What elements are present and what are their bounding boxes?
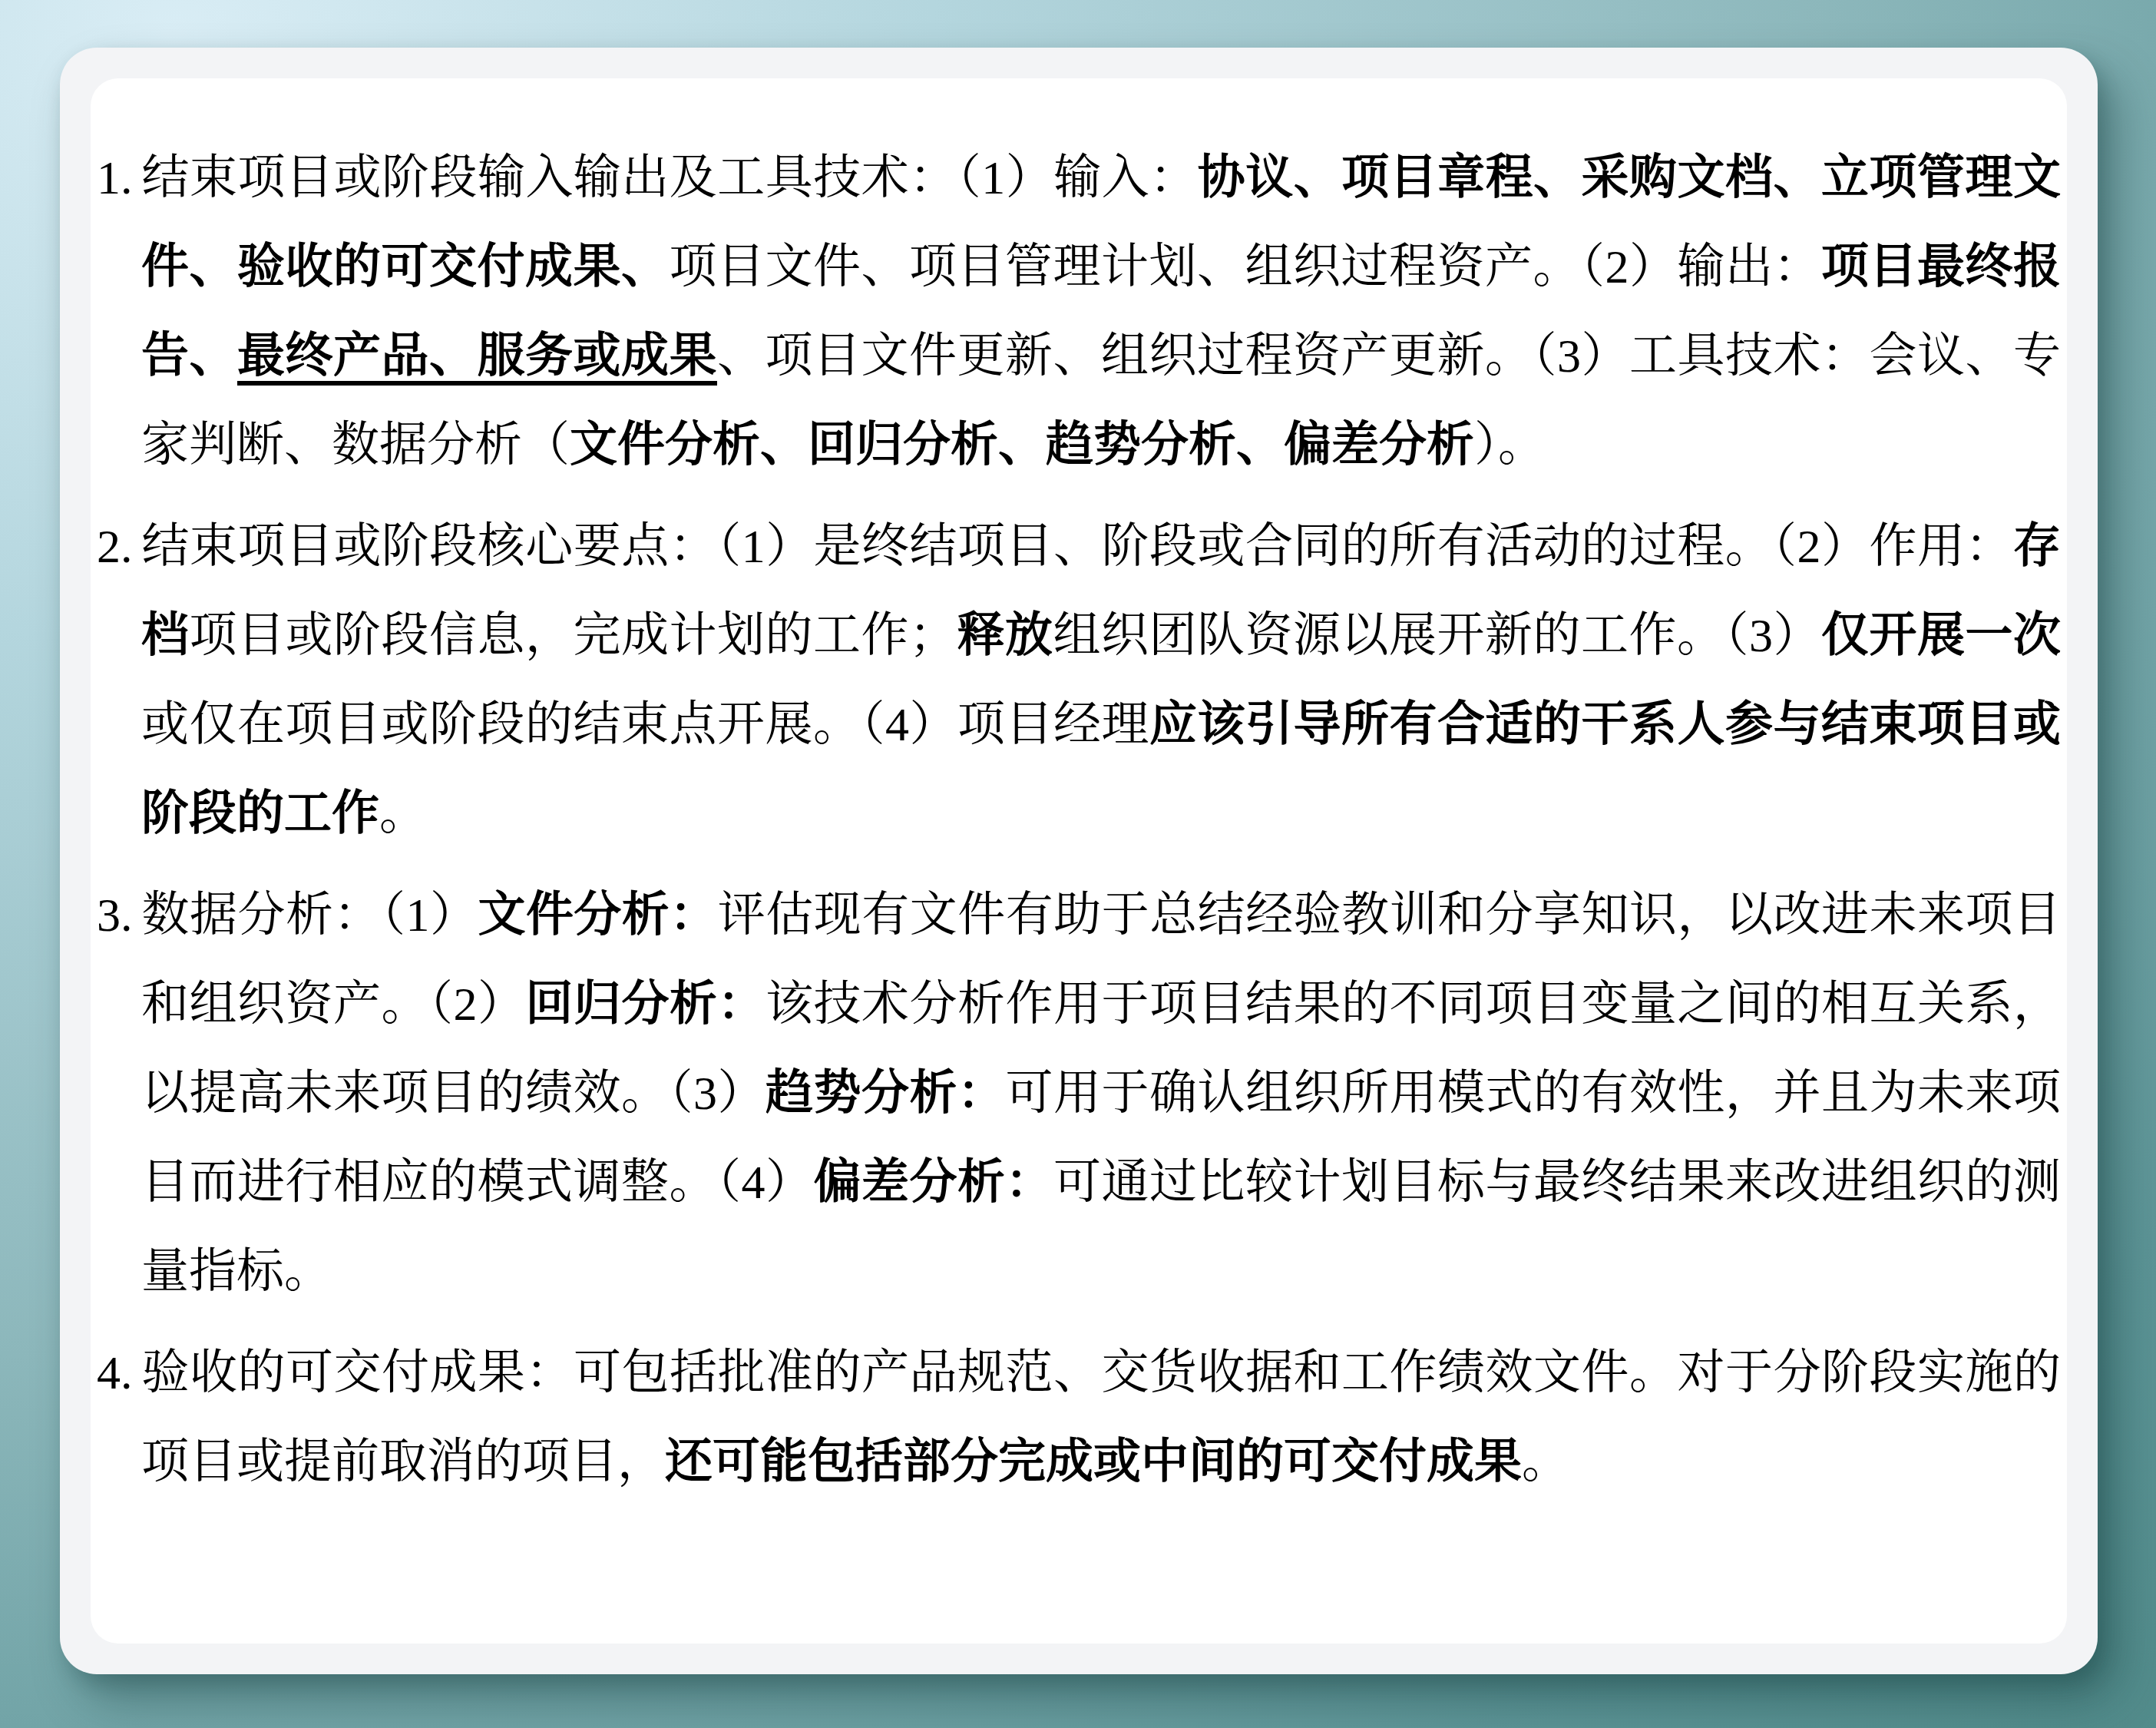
text-run: ）。 xyxy=(1474,419,1546,472)
item-number: 3. xyxy=(97,871,141,960)
note-item: 2.结束项目或阶段核心要点：（1）是终结项目、阶段或合同的所有活动的过程。（2）… xyxy=(97,502,2061,859)
note-item: 3.数据分析：（1）文件分析：评估现有文件有助于总结经验教训和分享知识，以改进未… xyxy=(97,871,2061,1316)
text-run: 项目或阶段信息，完成计划的工作； xyxy=(190,610,957,662)
note-item: 4.验收的可交付成果：可包括批准的产品规范、交货收据和工作绩效文件。对于分阶段实… xyxy=(97,1329,2061,1507)
text-run: 结束项目或阶段核心要点：（1）是终结项目、阶段或合同的所有活动的过程。（2）作用… xyxy=(141,521,2013,573)
text-run: 。 xyxy=(379,788,427,840)
text-run-bold: 仅开展一次 xyxy=(1821,609,2061,662)
text-run: 项目文件、项目管理计划、组织过程资产。（2）输出： xyxy=(670,241,1821,293)
text-run-bold-underline: 最终产品、服务或成果 xyxy=(237,329,717,382)
note-card-paper: 1.结束项目或阶段输入输出及工具技术：（1）输入：协议、项目章程、采购文档、立项… xyxy=(91,78,2067,1644)
text-run: 结束项目或阶段输入输出及工具技术：（1）输入： xyxy=(141,152,1198,204)
item-number: 2. xyxy=(97,502,141,591)
note-item: 1.结束项目或阶段输入输出及工具技术：（1）输入：协议、项目章程、采购文档、立项… xyxy=(97,134,2061,490)
text-run-bold: 还可能包括部分完成或中间的可交付成果 xyxy=(665,1435,1522,1488)
text-run-bold: 文件分析、回归分析、趋势分析、偏差分析 xyxy=(570,419,1474,472)
item-number: 1. xyxy=(97,134,141,223)
text-run-bold: 趋势分析： xyxy=(766,1067,1006,1120)
text-run: 组织团队资源以展开新的工作。（3） xyxy=(1053,610,1820,662)
text-run-bold: 偏差分析： xyxy=(813,1156,1053,1209)
text-run: 数据分析：（1） xyxy=(141,889,478,942)
text-run-bold: 释放 xyxy=(957,609,1053,662)
item-number: 4. xyxy=(97,1329,141,1418)
notes-list: 1.结束项目或阶段输入输出及工具技术：（1）输入：协议、项目章程、采购文档、立项… xyxy=(97,134,2061,1507)
text-run-bold: 回归分析： xyxy=(526,978,766,1031)
text-run-bold: 文件分析： xyxy=(478,889,717,942)
text-run: 或仅在项目或阶段的结束点开展。（4）项目经理 xyxy=(141,699,1149,751)
text-run: 。 xyxy=(1522,1436,1569,1488)
note-card-frame: 1.结束项目或阶段输入输出及工具技术：（1）输入：协议、项目章程、采购文档、立项… xyxy=(60,48,2098,1674)
page-background: 1.结束项目或阶段输入输出及工具技术：（1）输入：协议、项目章程、采购文档、立项… xyxy=(0,0,2156,1728)
